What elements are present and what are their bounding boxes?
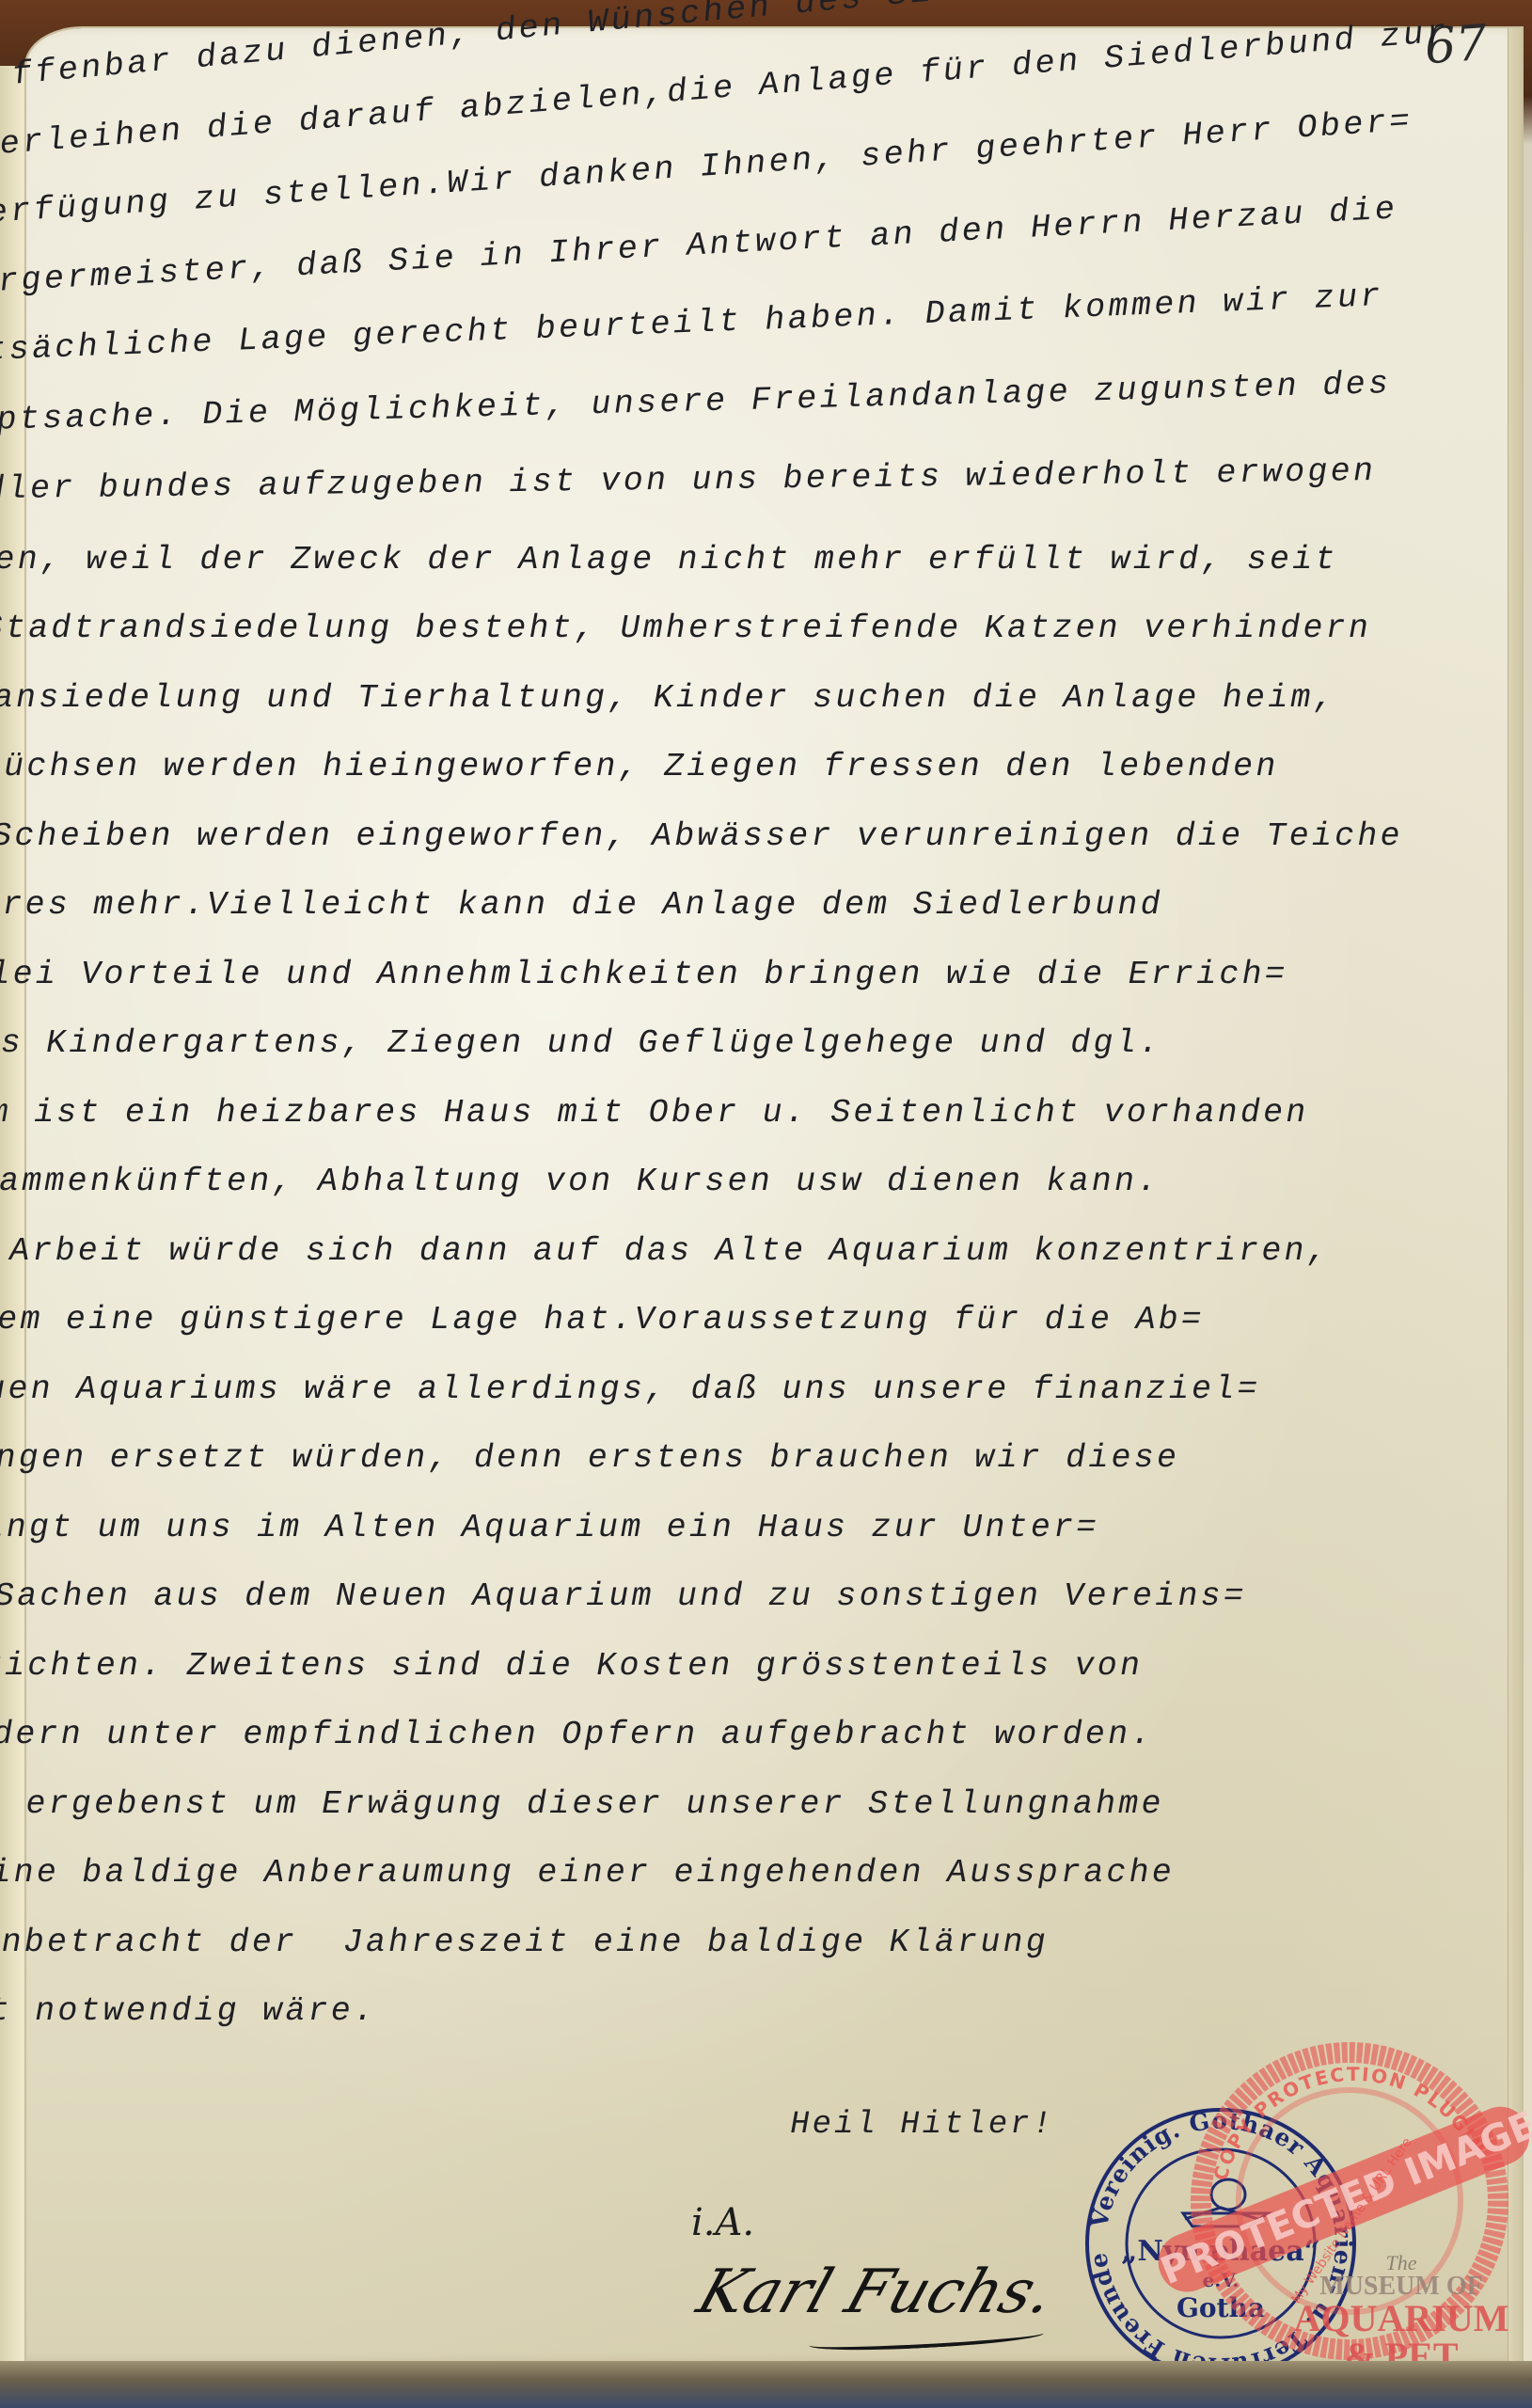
document-photo: 67 ffenbar dazu dienen, den Wünschen des… — [0, 0, 1532, 2408]
closing-salutation: Heil Hitler! — [787, 2107, 1058, 2143]
letter-line: s zu Zusammenkünften, Abhaltung von Kurs… — [0, 1163, 1163, 1200]
letter-line: usserdem ist ein heizbares Haus mit Ober… — [0, 1094, 1312, 1132]
letter-line: d wären für eine baldige Anberaumung ein… — [0, 1854, 1178, 1892]
museum-logo-museum-of: MUSEUM OF — [1274, 2273, 1528, 2300]
signature-prefix: i.A. — [691, 2201, 754, 2244]
letter-line: n Aufwendungen ersetzt würden, denn erst… — [0, 1439, 1183, 1477]
stamp-suffix: e.V. — [1203, 2269, 1240, 2291]
handwritten-signature: Karl Fuchs. — [689, 2257, 1063, 2327]
letter-line: ß ausserdem eine günstigere Lage hat.Vor… — [0, 1301, 1208, 1339]
stamp-city: Gotha — [1177, 2292, 1265, 2323]
letter-line: ng eines Kindergartens, Ziegen und Geflü… — [0, 1024, 1165, 1062]
desk-bottom-edge — [0, 2361, 1532, 2408]
letter-line: d anderes mehr.Vielleicht kann die Anlag… — [0, 886, 1166, 924]
letter-line: ogelansiedelung und Tierhaltung, Kinder … — [0, 679, 1339, 717]
letter-line: ecken zu errichten. Zweitens sind die Ko… — [0, 1647, 1146, 1685]
letter-line: nkbar, da in Anbetracht der Jahreszeit e… — [0, 1924, 1052, 1961]
letter-line: lechbüchsen werden hieingeworfen, Ziegen… — [0, 748, 1282, 785]
letter-line: ttel unbedingt um uns im Alten Aquarium … — [0, 1509, 1102, 1546]
museum-logo-the: The — [1274, 2253, 1528, 2273]
letter-line: ancherlei Vorteile und Annehmlichkeiten … — [0, 956, 1291, 993]
letter-line: r Angelegenheit notwendig wäre. — [0, 1992, 380, 2030]
letter-line: be des Neuen Aquariums wäre allerdings, … — [0, 1370, 1263, 1408]
letter-line: Unsere Arbeit würde sich dann auf das Al… — [0, 1232, 1334, 1270]
letter-line: reinsmitgliedern unter empfindlichen Opf… — [0, 1716, 1157, 1753]
letter-line: ingung der Sachen aus dem Neuen Aquarium… — [0, 1577, 1250, 1615]
page-right-edge — [1508, 28, 1522, 2361]
letter-line: aun, Scheiben werden eingeworfen, Abwäss… — [0, 817, 1406, 855]
letter-line: ie Stadtrandsiedelung besteht, Umherstre… — [0, 610, 1375, 647]
water-lily-icon — [1183, 2179, 1268, 2226]
letter-line: Wir bitten ergebenst um Erwägung dieser … — [0, 1785, 1167, 1823]
letter-line: orden, weil der Zweck der Anlage nicht m… — [0, 541, 1341, 578]
